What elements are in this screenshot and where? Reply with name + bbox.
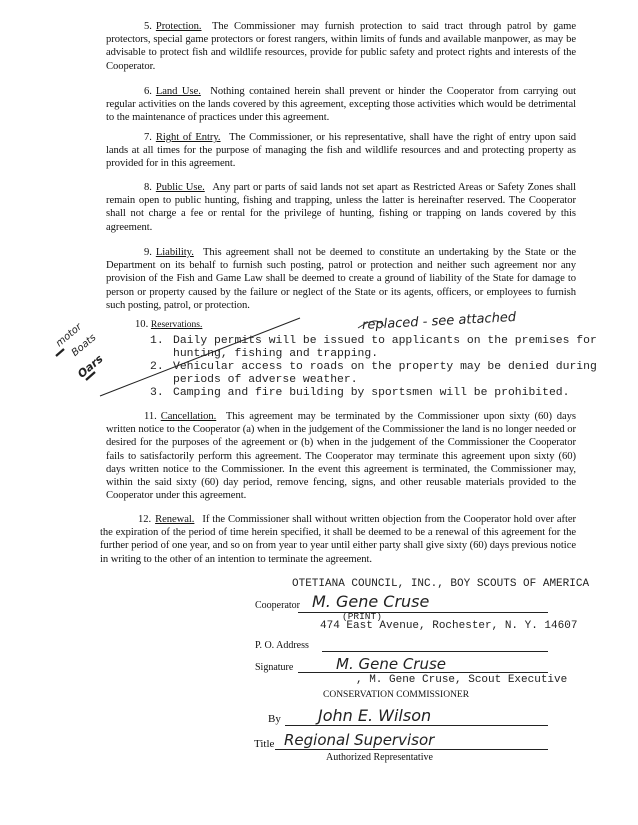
- by-line: [285, 725, 548, 726]
- section-text: This agreement may be terminated by the …: [106, 411, 576, 501]
- section-reservations-heading: 10. Reservations.: [135, 319, 202, 330]
- signer-signature: M. Gene Cruse: [336, 655, 446, 673]
- section-number: 7.: [144, 131, 152, 144]
- reservation-item: 1.Daily permits will be issued to applic…: [150, 335, 597, 361]
- section-liability: 9.Liability. This agreement shall not be…: [106, 246, 576, 312]
- commission-title: CONSERVATION COMMISSIONER: [323, 690, 469, 700]
- section-protection: 5.Protection. The Commissioner may furni…: [106, 20, 576, 73]
- section-public-use: 8.Public Use. Any part or parts of said …: [106, 181, 576, 234]
- title-signature: Regional Supervisor: [284, 731, 434, 749]
- section-heading: Right of Entry.: [156, 132, 221, 143]
- section-right-of-entry: 7.Right of Entry. The Commissioner, or h…: [106, 131, 576, 171]
- title-line: [275, 749, 548, 750]
- section-number: 9.: [144, 246, 152, 259]
- authorized-label: Authorized Representative: [326, 752, 433, 763]
- section-heading: Protection.: [156, 21, 202, 32]
- section-number: 11.: [144, 410, 157, 423]
- section-heading: Land Use.: [156, 86, 201, 97]
- section-number: 8.: [144, 181, 152, 194]
- reservation-item: 3.Camping and fire building by sportsmen…: [150, 387, 569, 400]
- section-cancellation: 11.Cancellation. This agreement may be t…: [106, 410, 576, 502]
- document-page: 5.Protection. The Commissioner may furni…: [0, 0, 638, 825]
- by-label: By: [268, 713, 281, 725]
- section-renewal: 12.Renewal. If the Commissioner shall wi…: [100, 513, 576, 566]
- po-address-line: [322, 651, 548, 652]
- section-number: 5.: [144, 20, 152, 33]
- signer-name: , M. Gene Cruse, Scout Executive: [356, 674, 567, 687]
- cooperator-organization: OTETIANA COUNCIL, INC., BOY SCOUTS OF AM…: [292, 578, 589, 591]
- section-land-use: 6.Land Use. Nothing contained herein sha…: [106, 85, 576, 125]
- by-signature: John E. Wilson: [318, 706, 431, 725]
- title-label: Title: [254, 738, 274, 750]
- section-number: 12.: [138, 513, 151, 526]
- handwritten-note: replaced - see attached: [362, 310, 517, 333]
- cooperator-signature-line: [298, 612, 548, 613]
- signature-label: Signature: [255, 662, 293, 673]
- reservation-item: 2.Vehicular access to roads on the prope…: [150, 361, 597, 387]
- margin-note: Oars: [75, 352, 105, 380]
- section-number: 10.: [135, 319, 148, 330]
- section-heading: Cancellation.: [161, 411, 217, 422]
- cooperator-signature: M. Gene Cruse: [312, 592, 429, 611]
- section-heading: Liability.: [156, 247, 194, 258]
- po-address-label: P. O. Address: [255, 640, 309, 651]
- section-heading: Reservations.: [151, 320, 202, 330]
- address-value: 474 East Avenue, Rochester, N. Y. 14607: [320, 620, 577, 633]
- cooperator-label: Cooperator: [255, 600, 300, 611]
- section-heading: Renewal.: [155, 514, 194, 525]
- section-number: 6.: [144, 85, 152, 98]
- section-heading: Public Use.: [156, 182, 205, 193]
